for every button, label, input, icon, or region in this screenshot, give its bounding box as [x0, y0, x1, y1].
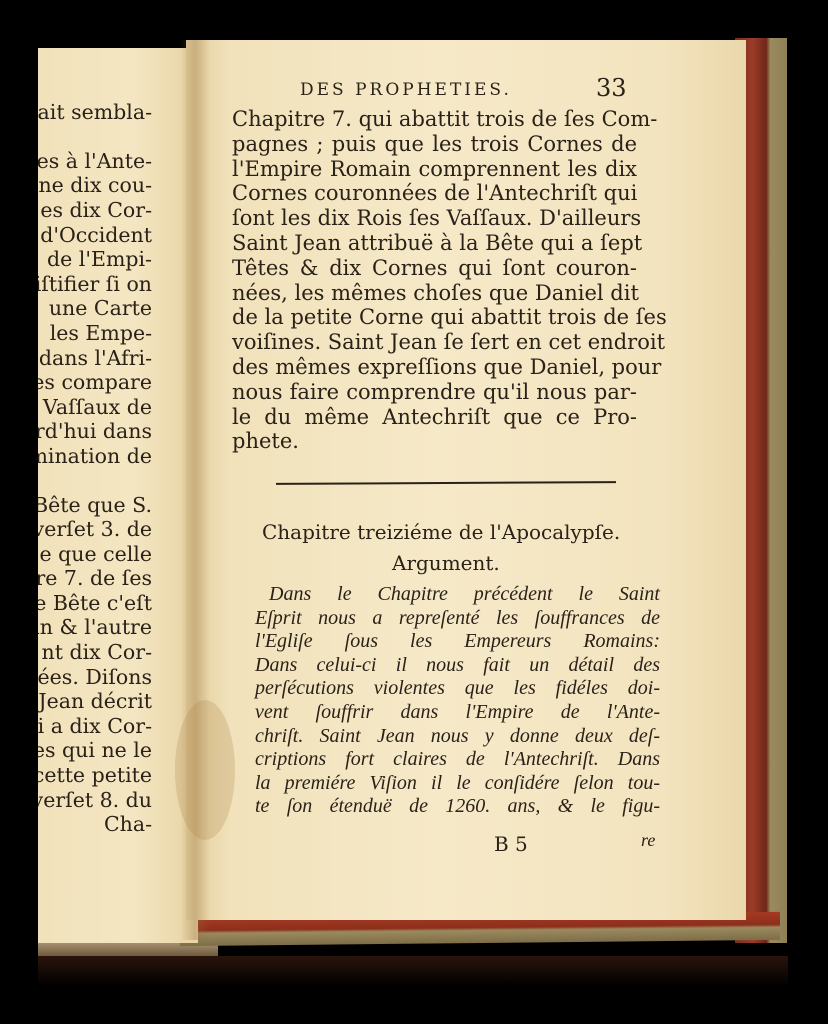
left-line: Bête que S. [38, 493, 152, 518]
right-page-body: Chapitre 7. qui abattit trois de ſes Com… [232, 107, 637, 454]
left-line: es compare [38, 370, 152, 395]
body-line: Cornes couronnées de l'Antechriſt qui [232, 181, 637, 206]
argument-line: Eſprit nous a repreſenté les ſouffrances… [255, 607, 660, 631]
left-line: rd'hui dans [38, 419, 152, 444]
left-line: es qui ne le [38, 738, 152, 763]
left-line: dans l'Afri- [38, 346, 152, 371]
left-line: ait sembla- [38, 100, 152, 125]
water-stain [175, 700, 235, 840]
running-head: DES PROPHETIES. [300, 80, 512, 100]
left-line: es à l'Ante- [38, 149, 152, 174]
body-line: ſont les dix Rois ſes Vaſſaux. D'ailleur… [232, 206, 637, 231]
left-page-text: E ait sembla- el. es à l'Ante- ne dix co… [38, 75, 152, 837]
left-page: E ait sembla- el. es à l'Ante- ne dix co… [38, 48, 198, 943]
left-line: an & l'autre [38, 615, 152, 640]
argument-line: perſécutions violentes que les fidéles d… [255, 677, 660, 701]
argument-line: te ſon étenduë de 1260. ans, & le figu- [255, 795, 660, 819]
left-line: de l'Empi- [38, 247, 152, 272]
left-line: e que celle [38, 542, 152, 567]
left-line: Vaſſaux de [38, 395, 152, 420]
left-catchword: Cha- [38, 812, 152, 837]
argument-line: l'Egliſe ſous les Empereurs Romains: [255, 630, 660, 654]
body-line: l'Empire Romain comprennent les dix [232, 157, 637, 182]
catchword: re [641, 830, 655, 851]
left-line: es dix Cor- [38, 198, 152, 223]
left-line: d'Occident [38, 223, 152, 248]
body-line: Chapitre 7. qui abattit trois de ſes Com… [232, 107, 637, 132]
argument-line: Dans celui-ci il nous fait un détail des [255, 654, 660, 678]
chapter-title: Chapitre treiziéme de l'Apocalypſe. [262, 520, 652, 544]
left-line: cette petite [38, 763, 152, 788]
argument-line: la premiére Viſion il le conſidére ſelon… [255, 772, 660, 796]
body-line: nous faire comprendre qu'il nous par- [232, 380, 637, 405]
left-line: ées. Diſons [38, 665, 152, 690]
book-photo: E ait sembla- el. es à l'Ante- ne dix co… [0, 0, 828, 1024]
argument-line: Dans le Chapitre précédent le Saint [255, 583, 660, 607]
argument-line: chriſt. Saint Jean nous y donne deux deſ… [255, 725, 660, 749]
left-line: el. [38, 124, 152, 149]
left-line: Jean décrit [38, 689, 152, 714]
body-line: le du même Antechriſt que ce Pro- [232, 405, 637, 430]
left-line: iſtifier ſi on [38, 272, 152, 297]
body-line: de la petite Corne qui abattit trois de … [232, 305, 637, 330]
body-line: nées, les mêmes choſes que Daniel dit [232, 281, 637, 306]
page-number: 33 [596, 74, 627, 102]
body-line: voiſines. Saint Jean ſe ſert en cet endr… [232, 330, 637, 355]
argument-line: vent ſouffrir dans l'Empire de l'Ante- [255, 701, 660, 725]
left-line: mination de [38, 444, 152, 469]
signature-mark: B 5 [494, 832, 528, 856]
book-shadow [38, 956, 788, 986]
left-line: verſet 8. du [38, 788, 152, 813]
left-line: verſet 3. de [38, 517, 152, 542]
body-line: Têtes & dix Cornes qui ſont couron- [232, 256, 637, 281]
left-line: i a dix Cor- [38, 714, 152, 739]
left-line: tre 7. de ſes [38, 566, 152, 591]
body-line: des mêmes expreſſions que Daniel, pour [232, 355, 637, 380]
left-line: ne dix cou- [38, 173, 152, 198]
argument-text: Dans le Chapitre précédent le Saint Eſpr… [255, 583, 660, 819]
left-line: une Carte [38, 296, 152, 321]
left-line: e Bête c'eſt [38, 591, 152, 616]
body-line: phete. [232, 429, 637, 454]
body-line: pagnes ; puis que les trois Cornes de [232, 132, 637, 157]
left-line: les Empe- [38, 321, 152, 346]
body-line: Saint Jean attribuë à la Bête qui a ſept [232, 231, 637, 256]
argument-heading: Argument. [392, 551, 500, 575]
argument-line: criptions fort claires de l'Antechriſt. … [255, 748, 660, 772]
left-blank-line [38, 469, 152, 493]
left-line: nt dix Cor- [38, 640, 152, 665]
